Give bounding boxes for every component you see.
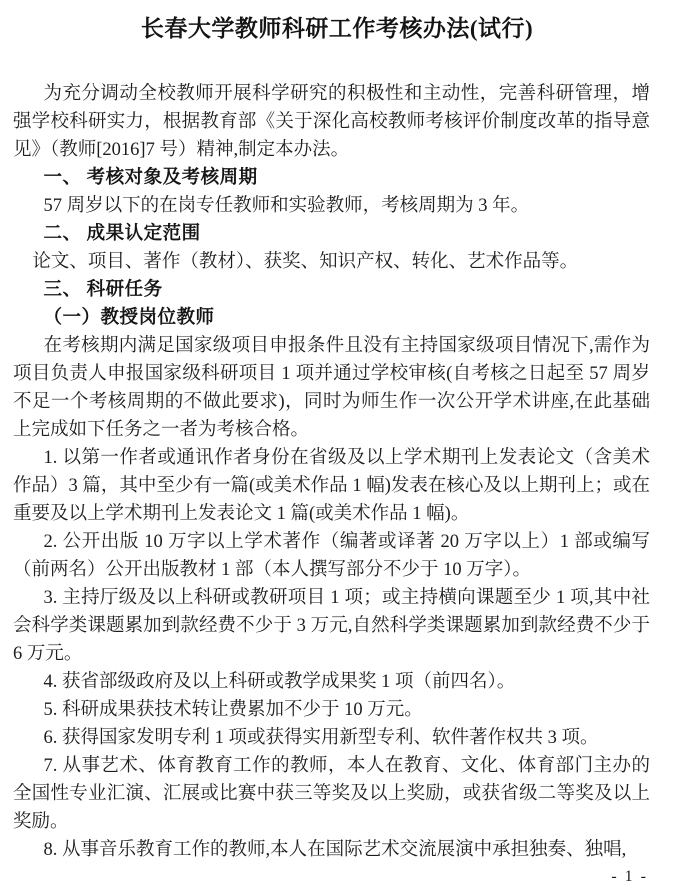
heading-3-research-tasks: 三、 科研任务 [13, 276, 650, 304]
heading-2-achievement-scope: 二、 成果认定范围 [13, 220, 650, 248]
list-item-5: 5. 科研成果获技术转让费累加不少于 10 万元。 [13, 696, 650, 724]
list-item-3: 3. 主持厅级及以上科研或教研项目 1 项；或主持横向课题至少 1 项,其中社会… [13, 584, 650, 668]
document-page: 长春大学教师科研工作考核办法(试行) 为充分调动全校教师开展科学研究的积极性和主… [0, 0, 674, 893]
list-item-1: 1. 以第一作者或通讯作者身份在省级及以上学术期刊上发表论文（含美术作品）3 篇… [13, 444, 650, 528]
list-item-6: 6. 获得国家发明专利 1 项或获得实用新型专利、软件著作权共 3 项。 [13, 724, 650, 752]
paragraph-assessment-period: 57 周岁以下的在岗专任教师和实验教师，考核周期为 3 年。 [13, 192, 650, 220]
list-item-4: 4. 获省部级政府及以上科研或教学成果奖 1 项（前四名）。 [13, 668, 650, 696]
intro-paragraph: 为充分调动全校教师开展科学研究的积极性和主动性，完善科研管理，增强学校科研实力，… [13, 80, 650, 164]
list-item-8: 8. 从事音乐教育工作的教师,本人在国际艺术交流展演中承担独奏、独唱, [13, 836, 650, 864]
list-item-7: 7. 从事艺术、体育教育工作的教师，本人在教育、文化、体育部门主办的全国性专业汇… [13, 752, 650, 836]
subheading-professor-post: （一）教授岗位教师 [13, 304, 650, 332]
document-body: 为充分调动全校教师开展科学研究的积极性和主动性，完善科研管理，增强学校科研实力，… [0, 80, 674, 864]
list-item-2: 2. 公开出版 10 万字以上学术著作（编著或译著 20 万字以上）1 部或编写… [13, 528, 650, 584]
document-title: 长春大学教师科研工作考核办法(试行) [0, 0, 674, 44]
heading-1-assessment-targets: 一、 考核对象及考核周期 [13, 164, 650, 192]
page-number: - 1 - [611, 868, 648, 886]
paragraph-achievement-scope: 论文、项目、著作（教材）、获奖、知识产权、转化、艺术作品等。 [13, 248, 650, 276]
paragraph-professor-requirements: 在考核期内满足国家级项目申报条件且没有主持国家级项目情况下,需作为项目负责人申报… [13, 332, 650, 444]
